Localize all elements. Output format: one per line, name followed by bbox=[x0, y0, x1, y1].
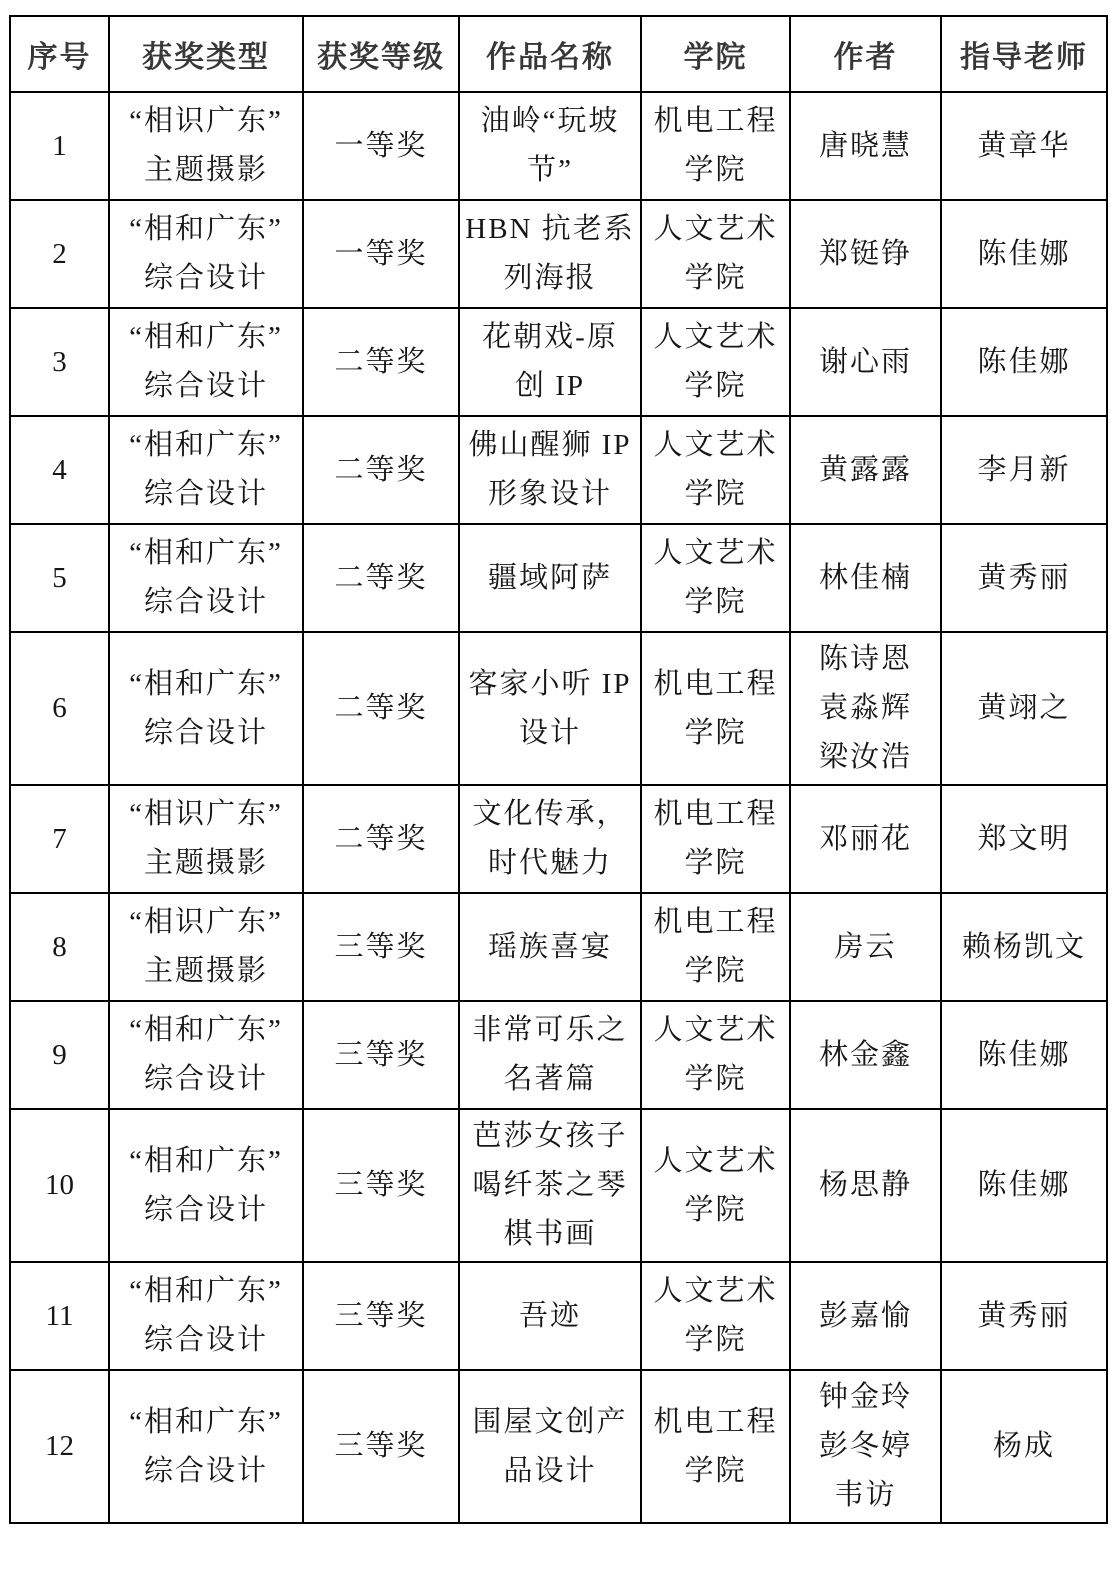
cell-college: 机电工程 学院 bbox=[641, 1370, 790, 1523]
cell-authors: 郑铤铮 bbox=[790, 200, 941, 308]
table-row: 5“相和广东” 综合设计二等奖疆域阿萨人文艺术 学院林佳楠黄秀丽 bbox=[10, 524, 1107, 632]
cell-serial: 2 bbox=[10, 200, 109, 308]
cell-award-level: 二等奖 bbox=[303, 785, 459, 893]
table-row: 11“相和广东” 综合设计三等奖吾迹人文艺术 学院彭嘉愉黄秀丽 bbox=[10, 1262, 1107, 1370]
cell-work-title: 客家小听 IP 设计 bbox=[459, 632, 641, 785]
cell-college: 机电工程 学院 bbox=[641, 785, 790, 893]
table-row: 10“相和广东” 综合设计三等奖芭莎女孩子 喝纤茶之琴 棋书画人文艺术 学院杨思… bbox=[10, 1109, 1107, 1262]
cell-serial: 10 bbox=[10, 1109, 109, 1262]
cell-college: 机电工程 学院 bbox=[641, 92, 790, 200]
cell-award-type: “相和广东” 综合设计 bbox=[109, 416, 303, 524]
cell-work-title: 花朝戏-原 创 IP bbox=[459, 308, 641, 416]
table-row: 4“相和广东” 综合设计二等奖佛山醒狮 IP 形象设计人文艺术 学院黄露露李月新 bbox=[10, 416, 1107, 524]
cell-award-type: “相和广东” 综合设计 bbox=[109, 1262, 303, 1370]
cell-college: 人文艺术 学院 bbox=[641, 1262, 790, 1370]
cell-award-type: “相和广东” 综合设计 bbox=[109, 308, 303, 416]
cell-authors: 杨思静 bbox=[790, 1109, 941, 1262]
column-header-award-type: 获奖类型 bbox=[109, 16, 303, 92]
column-header-advisor: 指导老师 bbox=[941, 16, 1107, 92]
column-header-serial: 序号 bbox=[10, 16, 109, 92]
column-header-author: 作者 bbox=[790, 16, 941, 92]
table-body: 1“相识广东” 主题摄影一等奖油岭“玩坡 节”机电工程 学院唐晓慧黄章华2“相和… bbox=[10, 92, 1107, 1523]
cell-authors: 唐晓慧 bbox=[790, 92, 941, 200]
cell-authors: 林金鑫 bbox=[790, 1001, 941, 1109]
cell-award-level: 一等奖 bbox=[303, 92, 459, 200]
cell-authors: 钟金玲 彭冬婷 韦访 bbox=[790, 1370, 941, 1523]
cell-college: 人文艺术 学院 bbox=[641, 524, 790, 632]
cell-serial: 3 bbox=[10, 308, 109, 416]
table-row: 9“相和广东” 综合设计三等奖非常可乐之 名著篇人文艺术 学院林金鑫陈佳娜 bbox=[10, 1001, 1107, 1109]
cell-award-level: 三等奖 bbox=[303, 1370, 459, 1523]
cell-advisor: 陈佳娜 bbox=[941, 308, 1107, 416]
cell-advisor: 陈佳娜 bbox=[941, 1001, 1107, 1109]
cell-award-level: 三等奖 bbox=[303, 1262, 459, 1370]
cell-serial: 6 bbox=[10, 632, 109, 785]
cell-award-level: 三等奖 bbox=[303, 1001, 459, 1109]
cell-advisor: 黄章华 bbox=[941, 92, 1107, 200]
cell-advisor: 李月新 bbox=[941, 416, 1107, 524]
cell-award-type: “相和广东” 综合设计 bbox=[109, 200, 303, 308]
cell-college: 机电工程 学院 bbox=[641, 893, 790, 1001]
cell-advisor: 赖杨凯文 bbox=[941, 893, 1107, 1001]
cell-serial: 5 bbox=[10, 524, 109, 632]
cell-college: 人文艺术 学院 bbox=[641, 1001, 790, 1109]
cell-work-title: 佛山醒狮 IP 形象设计 bbox=[459, 416, 641, 524]
awards-table: 序号 获奖类型 获奖等级 作品名称 学院 作者 指导老师 1“相识广东” 主题摄… bbox=[9, 15, 1108, 1524]
cell-award-level: 二等奖 bbox=[303, 632, 459, 785]
cell-work-title: 芭莎女孩子 喝纤茶之琴 棋书画 bbox=[459, 1109, 641, 1262]
cell-authors: 陈诗恩 袁淼辉 梁汝浩 bbox=[790, 632, 941, 785]
cell-award-type: “相和广东” 综合设计 bbox=[109, 1370, 303, 1523]
cell-advisor: 陈佳娜 bbox=[941, 200, 1107, 308]
table-row: 1“相识广东” 主题摄影一等奖油岭“玩坡 节”机电工程 学院唐晓慧黄章华 bbox=[10, 92, 1107, 200]
table-row: 8“相识广东” 主题摄影三等奖瑶族喜宴机电工程 学院房云赖杨凯文 bbox=[10, 893, 1107, 1001]
cell-work-title: 瑶族喜宴 bbox=[459, 893, 641, 1001]
cell-award-type: “相和广东” 综合设计 bbox=[109, 1001, 303, 1109]
cell-award-type: “相和广东” 综合设计 bbox=[109, 524, 303, 632]
cell-advisor: 黄秀丽 bbox=[941, 524, 1107, 632]
cell-authors: 彭嘉愉 bbox=[790, 1262, 941, 1370]
cell-serial: 9 bbox=[10, 1001, 109, 1109]
cell-advisor: 郑文明 bbox=[941, 785, 1107, 893]
cell-award-level: 三等奖 bbox=[303, 893, 459, 1001]
header-row: 序号 获奖类型 获奖等级 作品名称 学院 作者 指导老师 bbox=[10, 16, 1107, 92]
cell-authors: 谢心雨 bbox=[790, 308, 941, 416]
cell-award-type: “相识广东” 主题摄影 bbox=[109, 92, 303, 200]
table-row: 12“相和广东” 综合设计三等奖围屋文创产 品设计机电工程 学院钟金玲 彭冬婷 … bbox=[10, 1370, 1107, 1523]
table-header: 序号 获奖类型 获奖等级 作品名称 学院 作者 指导老师 bbox=[10, 16, 1107, 92]
cell-advisor: 黄秀丽 bbox=[941, 1262, 1107, 1370]
cell-authors: 邓丽花 bbox=[790, 785, 941, 893]
table-row: 2“相和广东” 综合设计一等奖HBN 抗老系 列海报人文艺术 学院郑铤铮陈佳娜 bbox=[10, 200, 1107, 308]
cell-work-title: HBN 抗老系 列海报 bbox=[459, 200, 641, 308]
cell-award-level: 二等奖 bbox=[303, 524, 459, 632]
cell-college: 人文艺术 学院 bbox=[641, 1109, 790, 1262]
cell-work-title: 疆域阿萨 bbox=[459, 524, 641, 632]
cell-serial: 1 bbox=[10, 92, 109, 200]
cell-serial: 4 bbox=[10, 416, 109, 524]
cell-work-title: 非常可乐之 名著篇 bbox=[459, 1001, 641, 1109]
cell-serial: 7 bbox=[10, 785, 109, 893]
cell-serial: 8 bbox=[10, 893, 109, 1001]
cell-college: 人文艺术 学院 bbox=[641, 416, 790, 524]
cell-advisor: 黄翊之 bbox=[941, 632, 1107, 785]
cell-award-type: “相识广东” 主题摄影 bbox=[109, 785, 303, 893]
column-header-award-level: 获奖等级 bbox=[303, 16, 459, 92]
cell-advisor: 陈佳娜 bbox=[941, 1109, 1107, 1262]
document-page: 序号 获奖类型 获奖等级 作品名称 学院 作者 指导老师 1“相识广东” 主题摄… bbox=[0, 0, 1119, 1578]
cell-work-title: 油岭“玩坡 节” bbox=[459, 92, 641, 200]
table-row: 7“相识广东” 主题摄影二等奖文化传承， 时代魅力机电工程 学院邓丽花郑文明 bbox=[10, 785, 1107, 893]
cell-award-type: “相识广东” 主题摄影 bbox=[109, 893, 303, 1001]
cell-award-type: “相和广东” 综合设计 bbox=[109, 632, 303, 785]
cell-college: 人文艺术 学院 bbox=[641, 308, 790, 416]
cell-award-level: 二等奖 bbox=[303, 308, 459, 416]
cell-college: 机电工程 学院 bbox=[641, 632, 790, 785]
cell-serial: 11 bbox=[10, 1262, 109, 1370]
cell-work-title: 吾迹 bbox=[459, 1262, 641, 1370]
table-row: 3“相和广东” 综合设计二等奖花朝戏-原 创 IP人文艺术 学院谢心雨陈佳娜 bbox=[10, 308, 1107, 416]
cell-serial: 12 bbox=[10, 1370, 109, 1523]
cell-award-type: “相和广东” 综合设计 bbox=[109, 1109, 303, 1262]
cell-authors: 房云 bbox=[790, 893, 941, 1001]
cell-work-title: 文化传承， 时代魅力 bbox=[459, 785, 641, 893]
cell-work-title: 围屋文创产 品设计 bbox=[459, 1370, 641, 1523]
cell-advisor: 杨成 bbox=[941, 1370, 1107, 1523]
cell-college: 人文艺术 学院 bbox=[641, 200, 790, 308]
cell-award-level: 三等奖 bbox=[303, 1109, 459, 1262]
cell-award-level: 一等奖 bbox=[303, 200, 459, 308]
cell-authors: 林佳楠 bbox=[790, 524, 941, 632]
cell-award-level: 二等奖 bbox=[303, 416, 459, 524]
column-header-work-title: 作品名称 bbox=[459, 16, 641, 92]
column-header-college: 学院 bbox=[641, 16, 790, 92]
cell-authors: 黄露露 bbox=[790, 416, 941, 524]
table-row: 6“相和广东” 综合设计二等奖客家小听 IP 设计机电工程 学院陈诗恩 袁淼辉 … bbox=[10, 632, 1107, 785]
